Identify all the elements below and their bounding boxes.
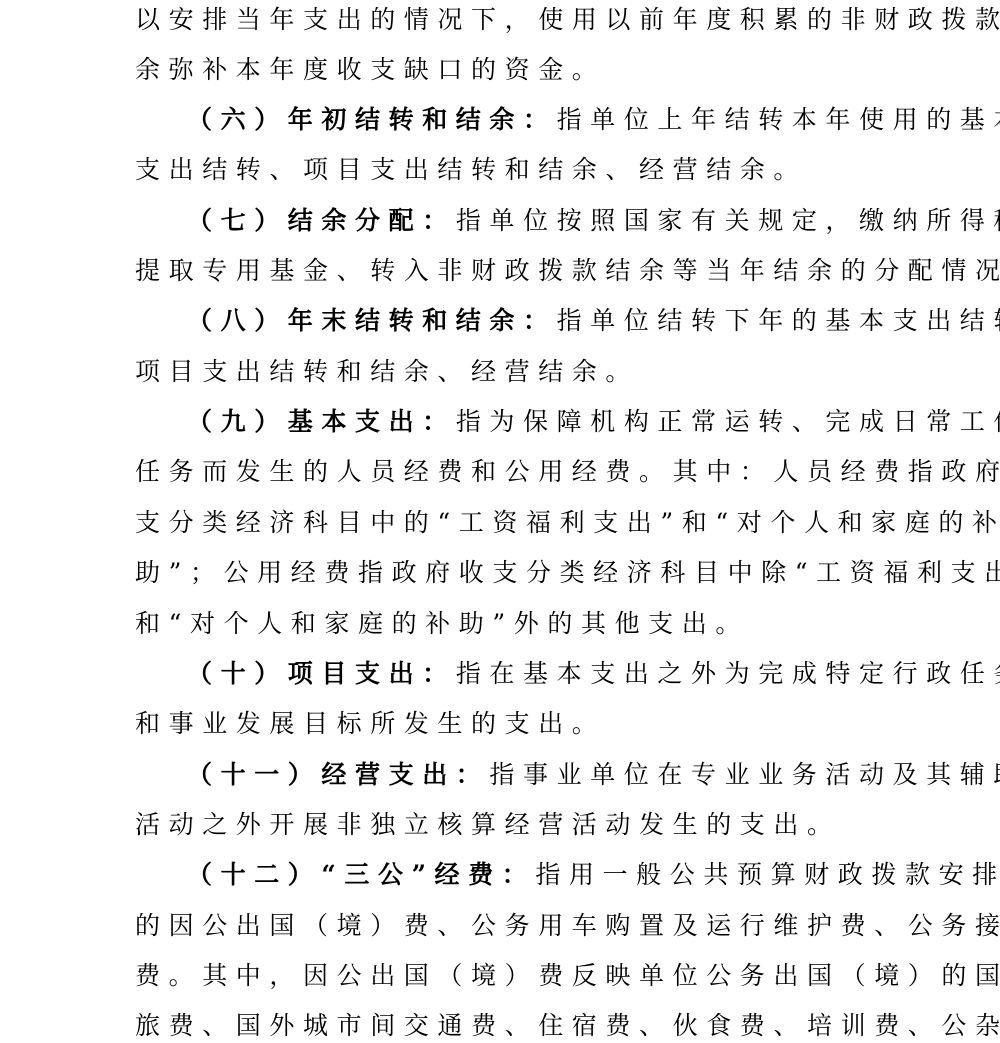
- section-heading-line: （九）基本支出：指为保障机构正常运转、完成日常工作: [187, 402, 1000, 442]
- text-line: 和事业发展目标所发生的支出。: [135, 704, 605, 744]
- line-text: 助”；公用经费指政府收支分类经济科目中除“工资福利支出”: [135, 558, 1000, 587]
- section-heading-line: （十二）“三公”经费：指用一般公共预算财政拨款安排: [187, 855, 1000, 895]
- line-text: 活动之外开展非独立核算经营活动发生的支出。: [135, 810, 841, 839]
- text-line: 和“对个人和家庭的补助”外的其他支出。: [135, 604, 749, 644]
- document-page: 以安排当年支出的情况下，使用以前年度积累的非财政拨款结 余弥补本年度收支缺口的资…: [0, 0, 1000, 1043]
- text-line: 助”；公用经费指政府收支分类经济科目中除“工资福利支出”: [135, 553, 1000, 593]
- section-heading-line: （十一）经营支出：指事业单位在专业业务活动及其辅助: [187, 755, 1000, 795]
- line-text: 和事业发展目标所发生的支出。: [135, 709, 605, 738]
- text-line: 费。其中，因公出国（境）费反映单位公务出国（境）的国际: [135, 956, 1000, 996]
- text-line: 支分类经济科目中的“工资福利支出”和“对个人和家庭的补: [135, 503, 1000, 543]
- text-line: 旅费、国外城市间交通费、住宿费、伙食费、培训费、公杂费: [135, 1006, 1000, 1043]
- section-heading: （六）年初结转和结余：: [187, 105, 557, 134]
- section-heading: （九）基本支出：: [187, 407, 456, 436]
- section-heading: （八）年末结转和结余：: [187, 306, 557, 335]
- text-line: 活动之外开展非独立核算经营活动发生的支出。: [135, 805, 841, 845]
- line-text: 和“对个人和家庭的补助”外的其他支出。: [135, 609, 749, 638]
- line-text: 余弥补本年度收支缺口的资金。: [135, 55, 605, 84]
- line-text: 项目支出结转和结余、经营结余。: [135, 357, 639, 386]
- line-text: 旅费、国外城市间交通费、住宿费、伙食费、培训费、公杂费: [135, 1011, 1000, 1040]
- section-heading-line: （六）年初结转和结余：指单位上年结转本年使用的基本: [187, 100, 1000, 140]
- text-line: 支出结转、项目支出结转和结余、经营结余。: [135, 150, 807, 190]
- text-line: 提取专用基金、转入非财政拨款结余等当年结余的分配情况。: [135, 251, 1000, 291]
- line-text: 指单位上年结转本年使用的基本: [557, 105, 1000, 134]
- section-heading-line: （十）项目支出：指在基本支出之外为完成特定行政任务: [187, 654, 1000, 694]
- text-line: 余弥补本年度收支缺口的资金。: [135, 50, 605, 90]
- section-heading-line: （八）年末结转和结余：指单位结转下年的基本支出结转、: [187, 301, 1000, 341]
- line-text: 指事业单位在专业业务活动及其辅助: [489, 760, 1000, 789]
- section-heading: （七）结余分配：: [187, 206, 456, 235]
- text-line: 任务而发生的人员经费和公用经费。其中：人员经费指政府收: [135, 452, 1000, 492]
- line-text: 指单位按照国家有关规定，缴纳所得税、: [456, 206, 1000, 235]
- section-heading: （十一）经营支出：: [187, 760, 489, 789]
- line-text: 提取专用基金、转入非财政拨款结余等当年结余的分配情况。: [135, 256, 1000, 285]
- section-heading-line: （七）结余分配：指单位按照国家有关规定，缴纳所得税、: [187, 201, 1000, 241]
- section-heading: （十）项目支出：: [187, 659, 456, 688]
- line-text: 任务而发生的人员经费和公用经费。其中：人员经费指政府收: [135, 457, 1000, 486]
- line-text: 指用一般公共预算财政拨款安排: [535, 860, 1000, 889]
- line-text: 的因公出国（境）费、公务用车购置及运行维护费、公务接待: [135, 911, 1000, 940]
- text-line: 以安排当年支出的情况下，使用以前年度积累的非财政拨款结: [135, 0, 1000, 40]
- section-heading: （十二）“三公”经费：: [187, 860, 535, 889]
- line-text: 支出结转、项目支出结转和结余、经营结余。: [135, 155, 807, 184]
- line-text: 支分类经济科目中的“工资福利支出”和“对个人和家庭的补: [135, 508, 1000, 537]
- line-text: 费。其中，因公出国（境）费反映单位公务出国（境）的国际: [135, 961, 1000, 990]
- line-text: 指为保障机构正常运转、完成日常工作: [456, 407, 1000, 436]
- line-text: 指单位结转下年的基本支出结转、: [557, 306, 1000, 335]
- text-line: 的因公出国（境）费、公务用车购置及运行维护费、公务接待: [135, 906, 1000, 946]
- text-line: 项目支出结转和结余、经营结余。: [135, 352, 639, 392]
- line-text: 指在基本支出之外为完成特定行政任务: [456, 659, 1000, 688]
- line-text: 以安排当年支出的情况下，使用以前年度积累的非财政拨款结: [135, 5, 1000, 34]
